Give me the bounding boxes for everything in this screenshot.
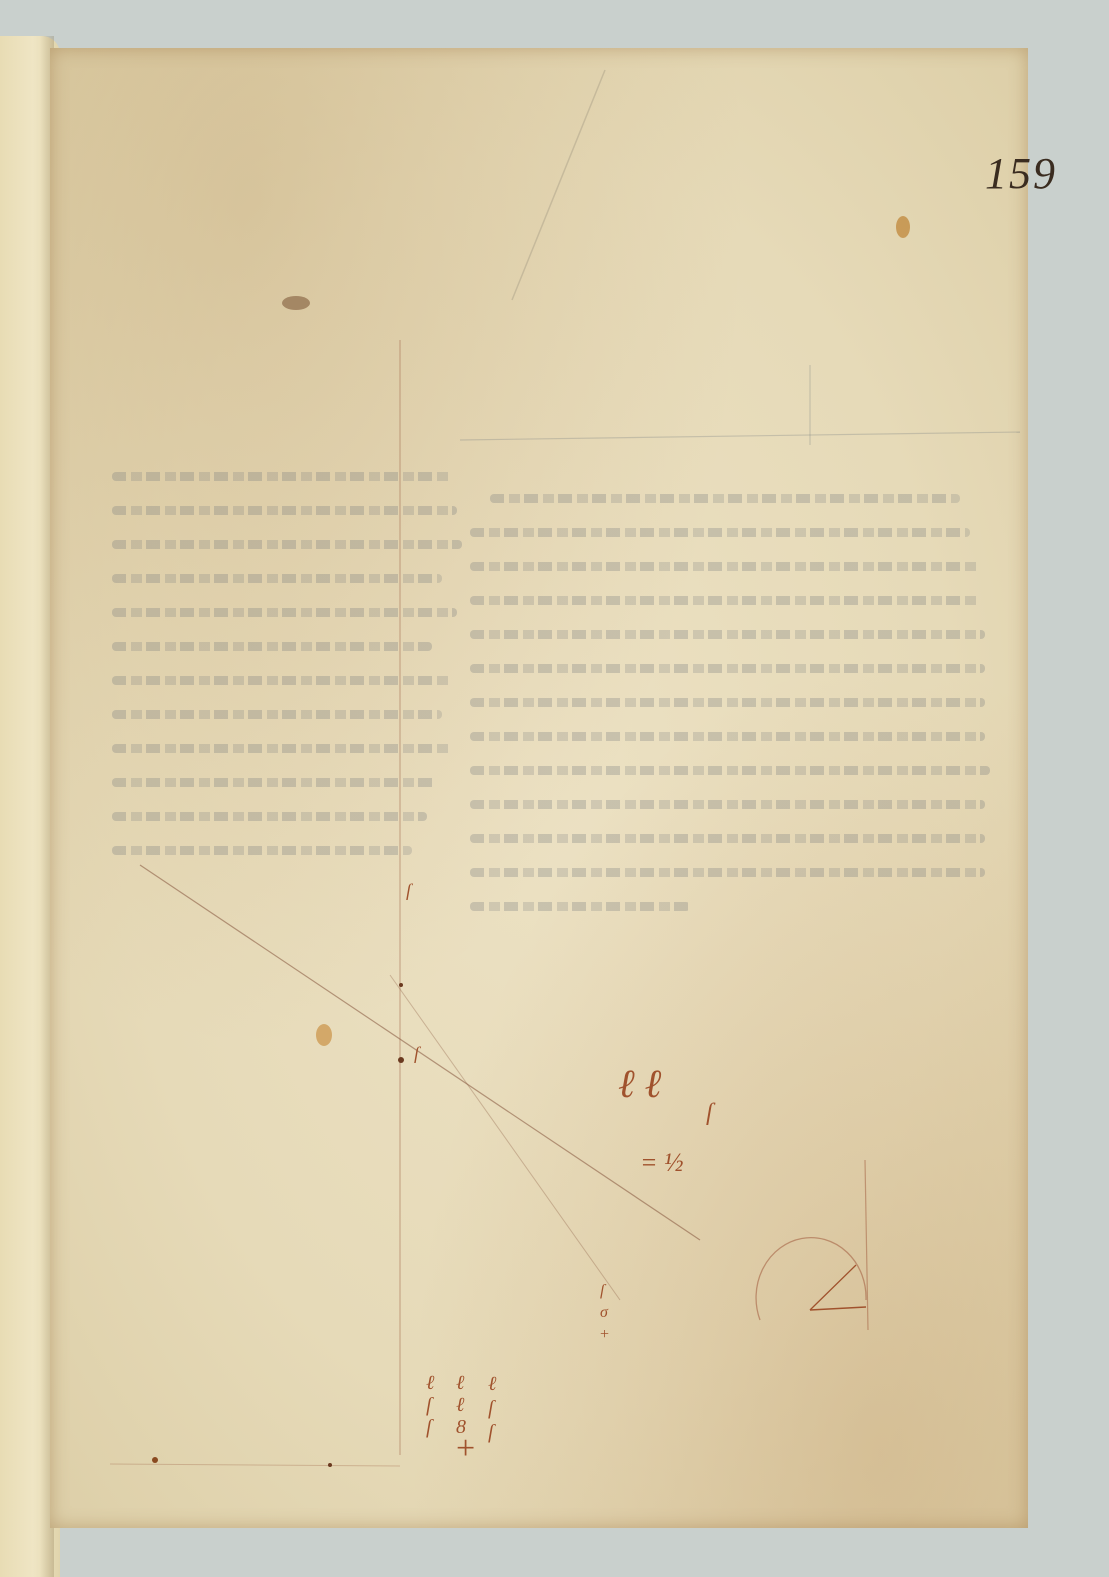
geometric-diagram [0,0,1109,1577]
numeral-column-c: ℓ ſ ſ [488,1372,496,1444]
numeral-column-small: ſ σ + [600,1280,609,1346]
calculation-mark-mid: = ½ [640,1148,684,1178]
marker-5: ſ [406,880,411,901]
marker-6: ſ [414,1043,419,1064]
numeral-column-b: ℓ ℓ 8 + [456,1372,475,1460]
numeral-column-a: ℓ ſ ſ [426,1372,434,1438]
calculation-mark-side: ſ [706,1100,713,1127]
calculation-mark-top: ℓ ℓ [618,1060,661,1107]
